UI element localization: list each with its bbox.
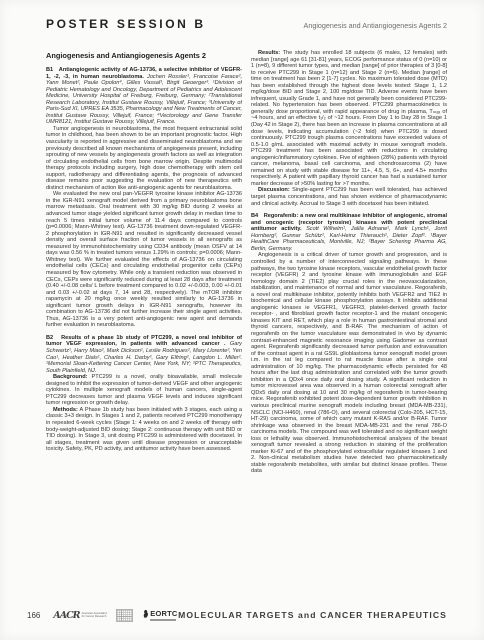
right-column: Results: The study has enrolled 18 subje… [251,50,447,595]
abstract-b2-results: Results: The study has enrolled 18 subje… [251,50,447,187]
proceedings-page: POSTER SESSION B Angiogenesis and Antian… [0,0,484,640]
eortc-logo: EORTC [142,609,177,621]
page-header: POSTER SESSION B Angiogenesis and Antian… [46,17,447,31]
results-text: The study has enrolled 18 subjects (6 ma… [251,50,447,187]
methods-text: A Phase 1b study has been initiated with… [46,407,242,452]
aacr-logo-text-line2: for Cancer Research [82,615,108,618]
session-title: POSTER SESSION B [46,17,206,31]
footer-logos: AACR American Association for Cancer Res… [53,609,177,622]
methods-label: Methods: [53,407,78,413]
abstract-columns: Angiogenesis and Antiangiogenesis Agents… [46,50,447,595]
eortc-figure-icon [142,609,149,618]
abstract-b2-title: B2 Results of a phase 1b study of PTC299… [46,335,242,348]
journal-title: MOLECULAR TARGETS and CANCER THERAPEUTIC… [178,610,447,620]
aacr-logo-text: American Association for Cancer Research [82,612,108,618]
page-number: 166 [27,611,40,620]
crosshatch-pattern-logo-icon [116,609,133,622]
eortc-tagline-placeholder [150,619,176,621]
abstract-b1-paragraph: We evaluated the new oral pan-VEGFR tyro… [46,191,242,328]
eortc-logo-text: EORTC [150,609,177,618]
left-column: Angiogenesis and Antiangiogenesis Agents… [46,50,242,595]
abstract-b2-methods: Methods: A Phase 1b study has been initi… [46,407,242,453]
abstract-b4-heading: B4 Regorafenib: a new oral multikinase i… [251,213,447,252]
abstract-b2-discussion: Discussion: Single-agent PTC299 has been… [251,187,447,207]
abstract-b1-heading: B1 Antiangiogenic activity of AG-13736, … [46,67,242,126]
abstract-b1-paragraph: Tumor angiogenesis in neuroblastoma, the… [46,126,242,191]
abstract-b4-paragraph: Angiogenesis is a critical driver of tum… [251,252,447,475]
abstract-b2-heading: B2 Results of a phase 1b study of PTC299… [46,335,242,374]
aacr-logo: AACR American Association for Cancer Res… [53,610,107,621]
eortc-logo-row: EORTC [142,609,177,618]
results-label: Results: [258,50,280,56]
aacr-logo-icon: AACR [53,610,79,621]
section-heading: Angiogenesis and Antiangiogenesis Agents… [46,51,242,60]
abstract-b2-background: Background: PTC299 is a novel, orally bi… [46,374,242,407]
running-head: Angiogenesis and Antiangiogenesis Agents… [304,21,447,30]
background-label: Background: [53,374,88,380]
abstract-b1-affiliations: ¹Division of Pediatric Hematology and On… [46,80,242,125]
discussion-label: Discussion: [258,187,290,193]
page-footer: 166 AACR American Association for Cancer… [27,604,447,626]
